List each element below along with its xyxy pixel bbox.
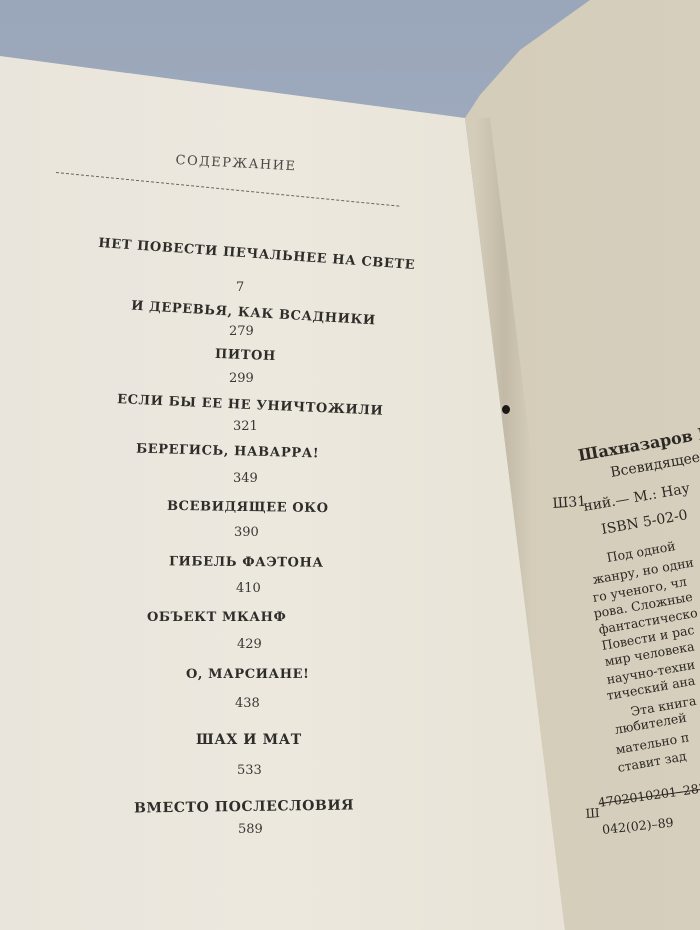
catalog-code: Ш31 [552, 494, 587, 512]
index-denominator: 042(02)–89 [601, 815, 674, 837]
isbn-line: ISBN 5-02-0 [600, 507, 689, 538]
copyright-block: Шахназаров Г. Ш31 Всевидящее ний.— М.: Н… [0, 0, 700, 930]
index-numerator: 4702010201–283 [597, 780, 700, 810]
